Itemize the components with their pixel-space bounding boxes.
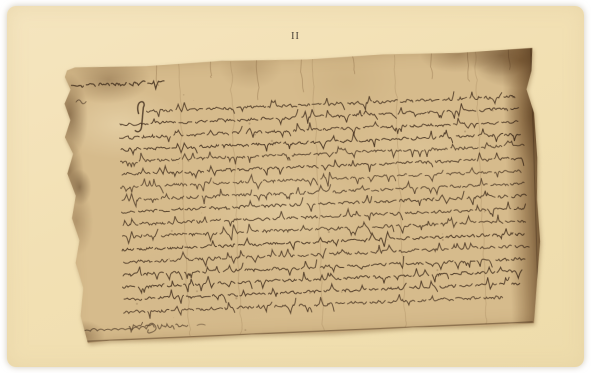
manuscript-photo <box>61 46 546 345</box>
book-page: II <box>7 6 584 367</box>
plate-number: II <box>7 31 584 42</box>
parchment <box>61 46 546 345</box>
manuscript-script <box>61 46 546 345</box>
